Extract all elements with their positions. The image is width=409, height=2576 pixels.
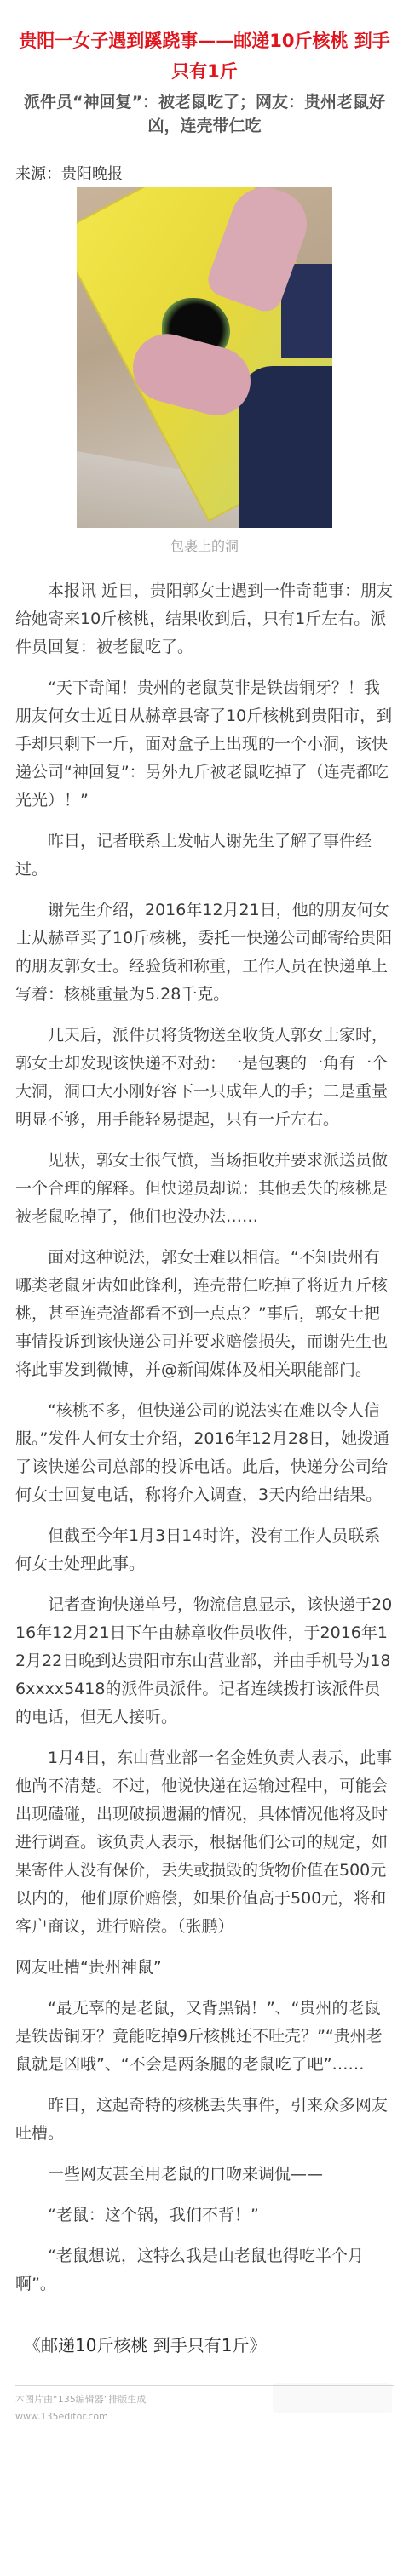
source-label: 来源：贵阳晚报 [15, 163, 394, 186]
paragraph: 1月4日，东山营业部一名金姓负责人表示，此事他尚不清楚。不过，他说快递在运输过程… [15, 1744, 394, 1941]
article-subtitle: 派件员“神回复”：被老鼠吃了；网友：贵州老鼠好凶，连壳带仁吃 [15, 90, 394, 138]
paragraph: 几天后，派件员将货物送至收货人郭女士家时，郭女士却发现该快递不对劲：一是包裹的一… [15, 1022, 394, 1134]
section-heading: 网友吐槽“贵州神鼠” [15, 1954, 394, 1982]
figure-caption: 包裹上的洞 [15, 536, 394, 557]
paragraph: 本报讯 近日，贵阳郭女士遇到一件奇葩事：朋友给她寄来10斤核桃，结果收到后，只有… [15, 577, 394, 661]
paragraph: “最无辜的是老鼠，又背黑锅！”、“贵州的老鼠是铁齿铜牙？竟能吃掉9斤核桃还不吐壳… [15, 1995, 394, 2079]
article-page: 贵阳一女子遇到蹊跷事——邮递10斤核桃 到手只有1斤 派件员“神回复”：被老鼠吃… [0, 0, 409, 2425]
paragraph: 但截至今年1月3日14时许，没有工作人员联系何女士处理此事。 [15, 1522, 394, 1578]
paragraph: 面对这种说法，郭女士难以相信。“不知贵州有哪类老鼠牙齿如此锋利，连壳带仁吃掉了将… [15, 1244, 394, 1384]
article-body: 本报讯 近日，贵阳郭女士遇到一件奇葩事：朋友给她寄来10斤核桃，结果收到后，只有… [15, 577, 394, 2358]
paragraph: “老鼠：这个锅，我们不背！” [15, 2201, 394, 2230]
package-hole-photo [77, 187, 332, 528]
news-figure: 包裹上的洞 [15, 187, 394, 557]
paragraph: “天下奇闻！贵州的老鼠莫非是铁齿铜牙？！我朋友何女士近日从赫章县寄了10斤核桃到… [15, 674, 394, 815]
paragraph: 一些网友甚至用老鼠的口吻来调侃—— [15, 2161, 394, 2189]
paragraph: 记者查询快递单号，物流信息显示，该快递于2016年12月21日下午由赫章收件员收… [15, 1591, 394, 1732]
photo-sleeve [239, 366, 332, 528]
paragraph: “老鼠想说，这特么我是山老鼠也得吃半个月啊”。 [15, 2242, 394, 2298]
paragraph: 见状，郭女士很气愤，当场拒收并要求派送员做一个合理的解释。但快递员却说：其他丢失… [15, 1147, 394, 1231]
paragraph: 昨日，记者联系上发帖人谢先生了解了事件经过。 [15, 827, 394, 884]
paragraph: 谢先生介绍，2016年12月21日，他的朋友何女士从赫章买了10斤核桃，委托一快… [15, 896, 394, 1009]
paragraph: “核桃不多，但快递公司的说法实在难以令人信服。”发件人何女士介绍，2016年12… [15, 1397, 394, 1509]
paragraph: 昨日，这起奇特的核桃丢失事件，引来众多网友吐槽。 [15, 2092, 394, 2148]
watermark-logo [273, 2383, 392, 2413]
article-title: 贵阳一女子遇到蹊跷事——邮递10斤核桃 到手只有1斤 [15, 0, 394, 87]
book-title: 《邮递10斤核桃 到手只有1斤》 [24, 2333, 394, 2358]
